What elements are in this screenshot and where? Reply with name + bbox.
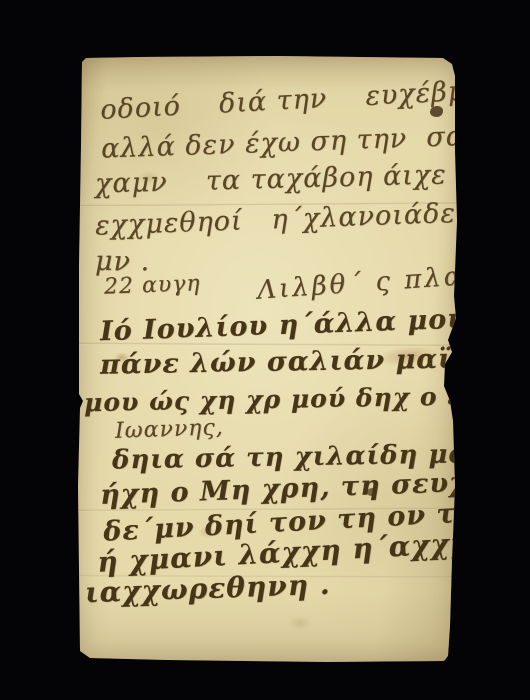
handwritten-line: αλλά δεν έχω ση την σαν: [101, 122, 483, 162]
handwritten-line: πάνε λών σαλιάν μαϊξάρε: [100, 344, 528, 378]
handwritten-line: Ιωαννης,: [115, 417, 224, 443]
handwritten-line: μου ώς χη χρ μού δηχ ο ενδιαμέ: [84, 382, 530, 415]
foxing-spot: [288, 616, 312, 630]
handwritten-line: Ιό Ιουλίου η΄άλλα μου τά: [100, 304, 519, 346]
handwritten-line-date: 22 αυγη: [104, 273, 201, 298]
handwritten-line: χαμν τα ταχάβοη άιχε: [95, 161, 447, 197]
handwritten-line: οδοιό διά την ευχέβμως.: [100, 75, 516, 124]
handwritten-scrawl: Λιλβθ΄ ς πλα-α,: [256, 260, 508, 303]
handwritten-line: μν .: [95, 248, 150, 275]
handwritten-line: εχχμεθηοί η΄χλανοιάδες: [95, 199, 473, 239]
handwritten-line: ιαχχωρεθηνη .: [85, 571, 331, 608]
manuscript-paper: οδοιό διά την ευχέβμως. αλλά δεν έχω ση …: [78, 56, 458, 663]
photo-background: οδοιό διά την ευχέβμως. αλλά δεν έχω ση …: [0, 0, 530, 700]
